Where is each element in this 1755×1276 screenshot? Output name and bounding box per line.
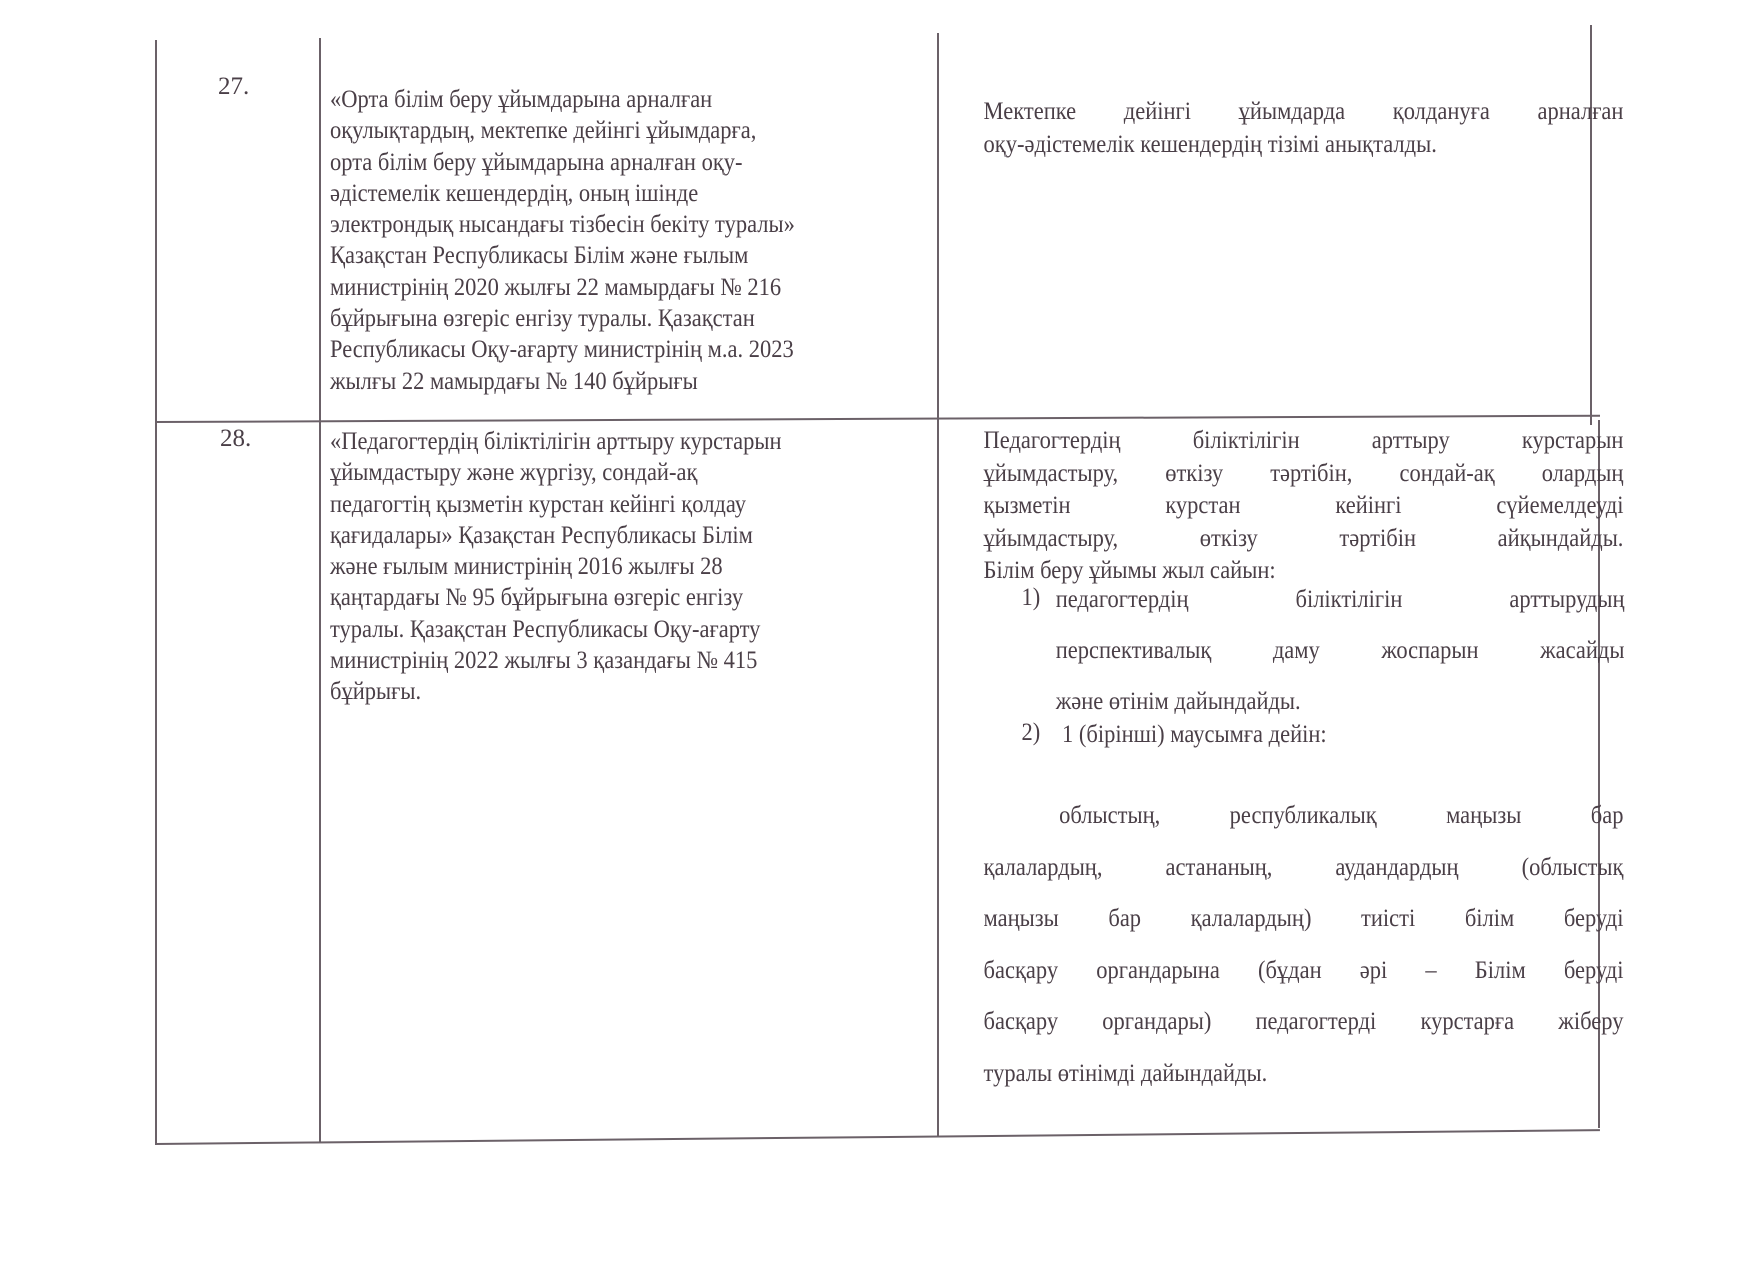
table-right-border [1590,25,1592,425]
list-marker: 2) [1022,719,1041,747]
row-description-intro: Педагогтердің біліктілігін арттыру курст… [984,425,1624,588]
row-divider [155,415,1600,423]
column-divider-1 [319,38,321,1143]
row-number: 27. [218,72,249,102]
row-number: 28. [220,424,251,454]
row-description-final: облыстың, республикалық маңызы бар қалал… [984,800,1624,1109]
list-marker: 1) [1022,584,1041,612]
document-title: «Орта білім беру ұйымдарына арналған оқу… [330,84,795,397]
table-bottom-border [155,1129,1600,1145]
table-left-border [155,40,157,1145]
document-title: «Педагогтердің біліктілігін арттыру курс… [330,426,782,708]
column-divider-2 [937,33,939,1137]
row-description: Мектепке дейінгі ұйымдарда қолдануға арн… [984,96,1624,161]
